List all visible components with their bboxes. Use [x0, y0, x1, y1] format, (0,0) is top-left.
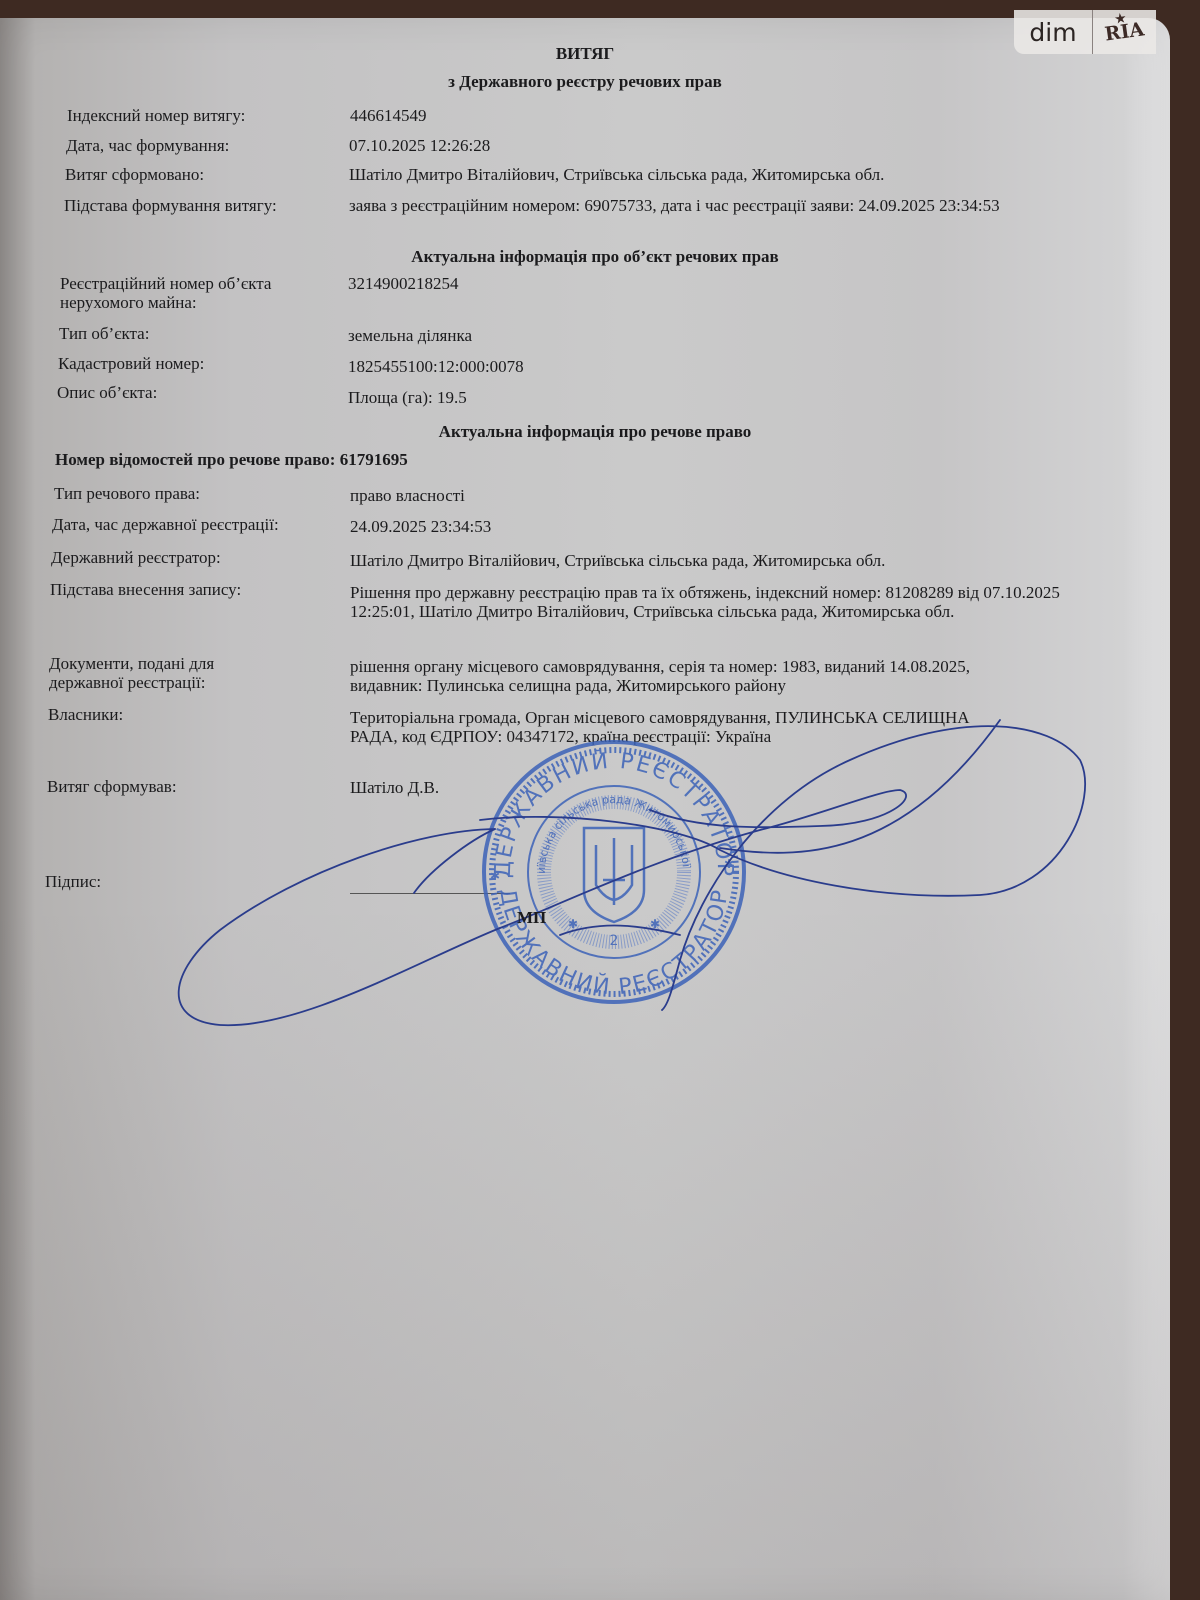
- field-value: право власності: [350, 486, 1050, 505]
- field-value: 446614549: [350, 106, 1050, 125]
- field-value: 3214900218254: [348, 274, 1048, 293]
- signature-line: [350, 893, 510, 894]
- field-label: Кадастровий номер:: [58, 354, 204, 373]
- field-label: Державний реєстратор:: [51, 548, 221, 567]
- field-label: Підстава формування витягу:: [64, 196, 277, 215]
- field-label: Тип об’єкта:: [59, 324, 149, 343]
- field-value: 1825455100:12:000:0078: [348, 357, 1048, 376]
- field-value: 24.09.2025 23:34:53: [350, 517, 1050, 536]
- object-section-title: Актуальна інформація про об’єкт речових …: [0, 247, 1190, 267]
- field-label: Реєстраційний номер об’єкта нерухомого м…: [60, 274, 330, 312]
- field-value: заява з реєстраційним номером: 69075733,…: [349, 196, 1049, 215]
- field-label: Тип речового права:: [54, 484, 200, 503]
- field-value: Шатіло Дмитро Віталійович, Стриївська сі…: [349, 165, 1049, 184]
- document-title: ВИТЯГ: [0, 44, 1170, 64]
- field-label: Витяг сформовано:: [65, 165, 204, 184]
- field-value: 07.10.2025 12:26:28: [349, 136, 1049, 155]
- field-value: земельна ділянка: [348, 326, 1048, 345]
- signature-label: Підпис:: [45, 872, 101, 891]
- watermark-ria-logo: ★RIA: [1092, 17, 1157, 48]
- field-value: Рішення про державну реєстрацію прав та …: [350, 583, 1090, 621]
- field-label: Дата, час формування:: [66, 136, 229, 155]
- field-label: Опис об’єкта:: [57, 383, 157, 402]
- right-record-number: Номер відомостей про речове право: 61791…: [55, 450, 408, 470]
- field-label: Підстава внесення запису:: [50, 580, 241, 599]
- field-label: Документи, подані для державної реєстрац…: [49, 654, 289, 692]
- field-value: Територіальна громада, Орган місцевого с…: [350, 708, 1010, 746]
- star-icon: ★: [1114, 11, 1127, 26]
- formed-by-label: Витяг сформував:: [47, 777, 177, 796]
- document-subtitle: з Державного реєстру речових прав: [0, 72, 1170, 92]
- right-section-title: Актуальна інформація про речове право: [0, 422, 1190, 442]
- seal-mark: МП: [517, 908, 546, 928]
- field-label: Індексний номер витягу:: [67, 106, 245, 125]
- field-value: Шатіло Дмитро Віталійович, Стриївська сі…: [350, 551, 1050, 570]
- field-label: Дата, час державної реєстрації:: [52, 515, 279, 534]
- field-value: Площа (га): 19.5: [348, 388, 1048, 407]
- watermark-dim-text: dim: [1014, 18, 1092, 47]
- field-label: Власники:: [48, 705, 123, 724]
- field-value: рішення органу місцевого самоврядування,…: [350, 657, 1010, 695]
- formed-by-value: Шатіло Д.В.: [350, 778, 439, 797]
- dimria-watermark: dim ★RIA: [1014, 10, 1156, 54]
